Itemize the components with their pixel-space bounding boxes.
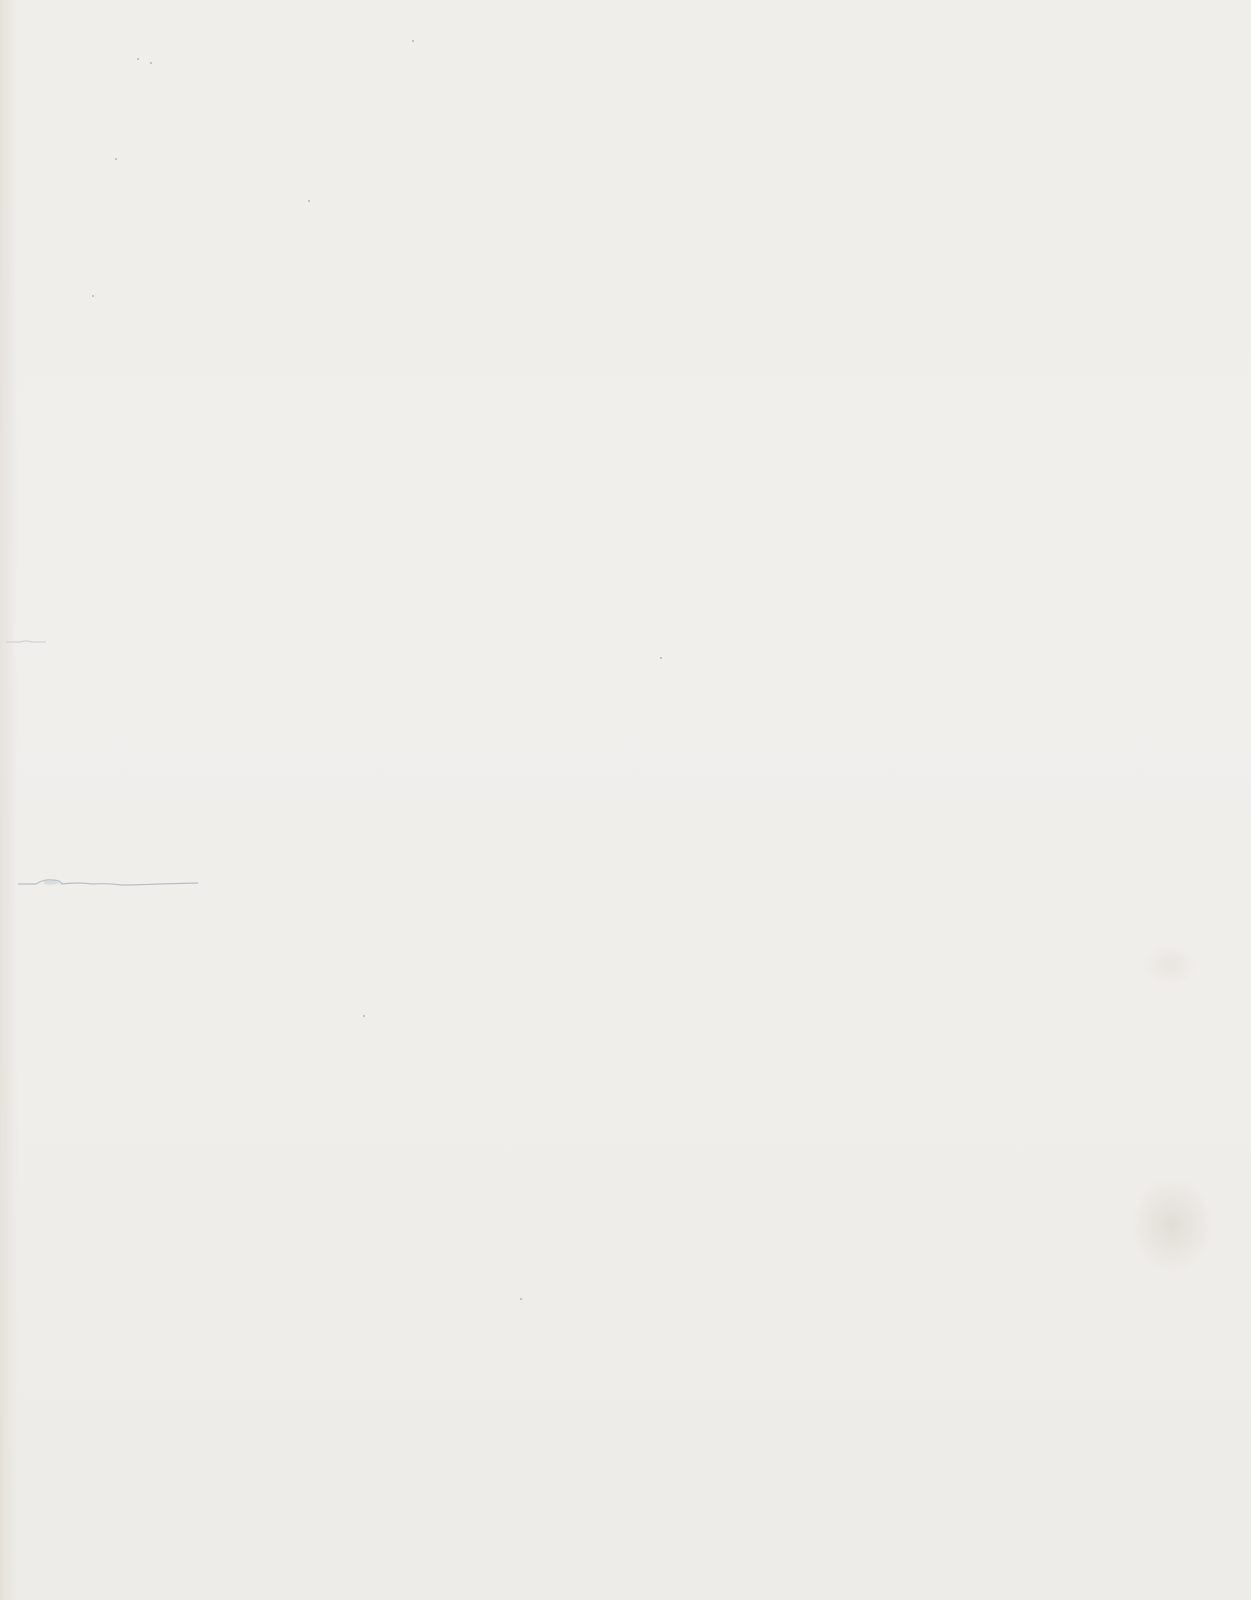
- blank-paper-page: [0, 0, 1251, 1600]
- speck: [660, 657, 662, 659]
- speck: [150, 62, 152, 64]
- paper-nick-mark: [6, 640, 46, 644]
- speck: [115, 158, 117, 160]
- speck: [137, 58, 139, 60]
- speck: [412, 40, 414, 42]
- speck: [520, 1298, 522, 1300]
- speck: [308, 200, 310, 202]
- paper-tear-mark: [18, 878, 198, 888]
- speck: [363, 1015, 365, 1017]
- speck: [92, 295, 94, 297]
